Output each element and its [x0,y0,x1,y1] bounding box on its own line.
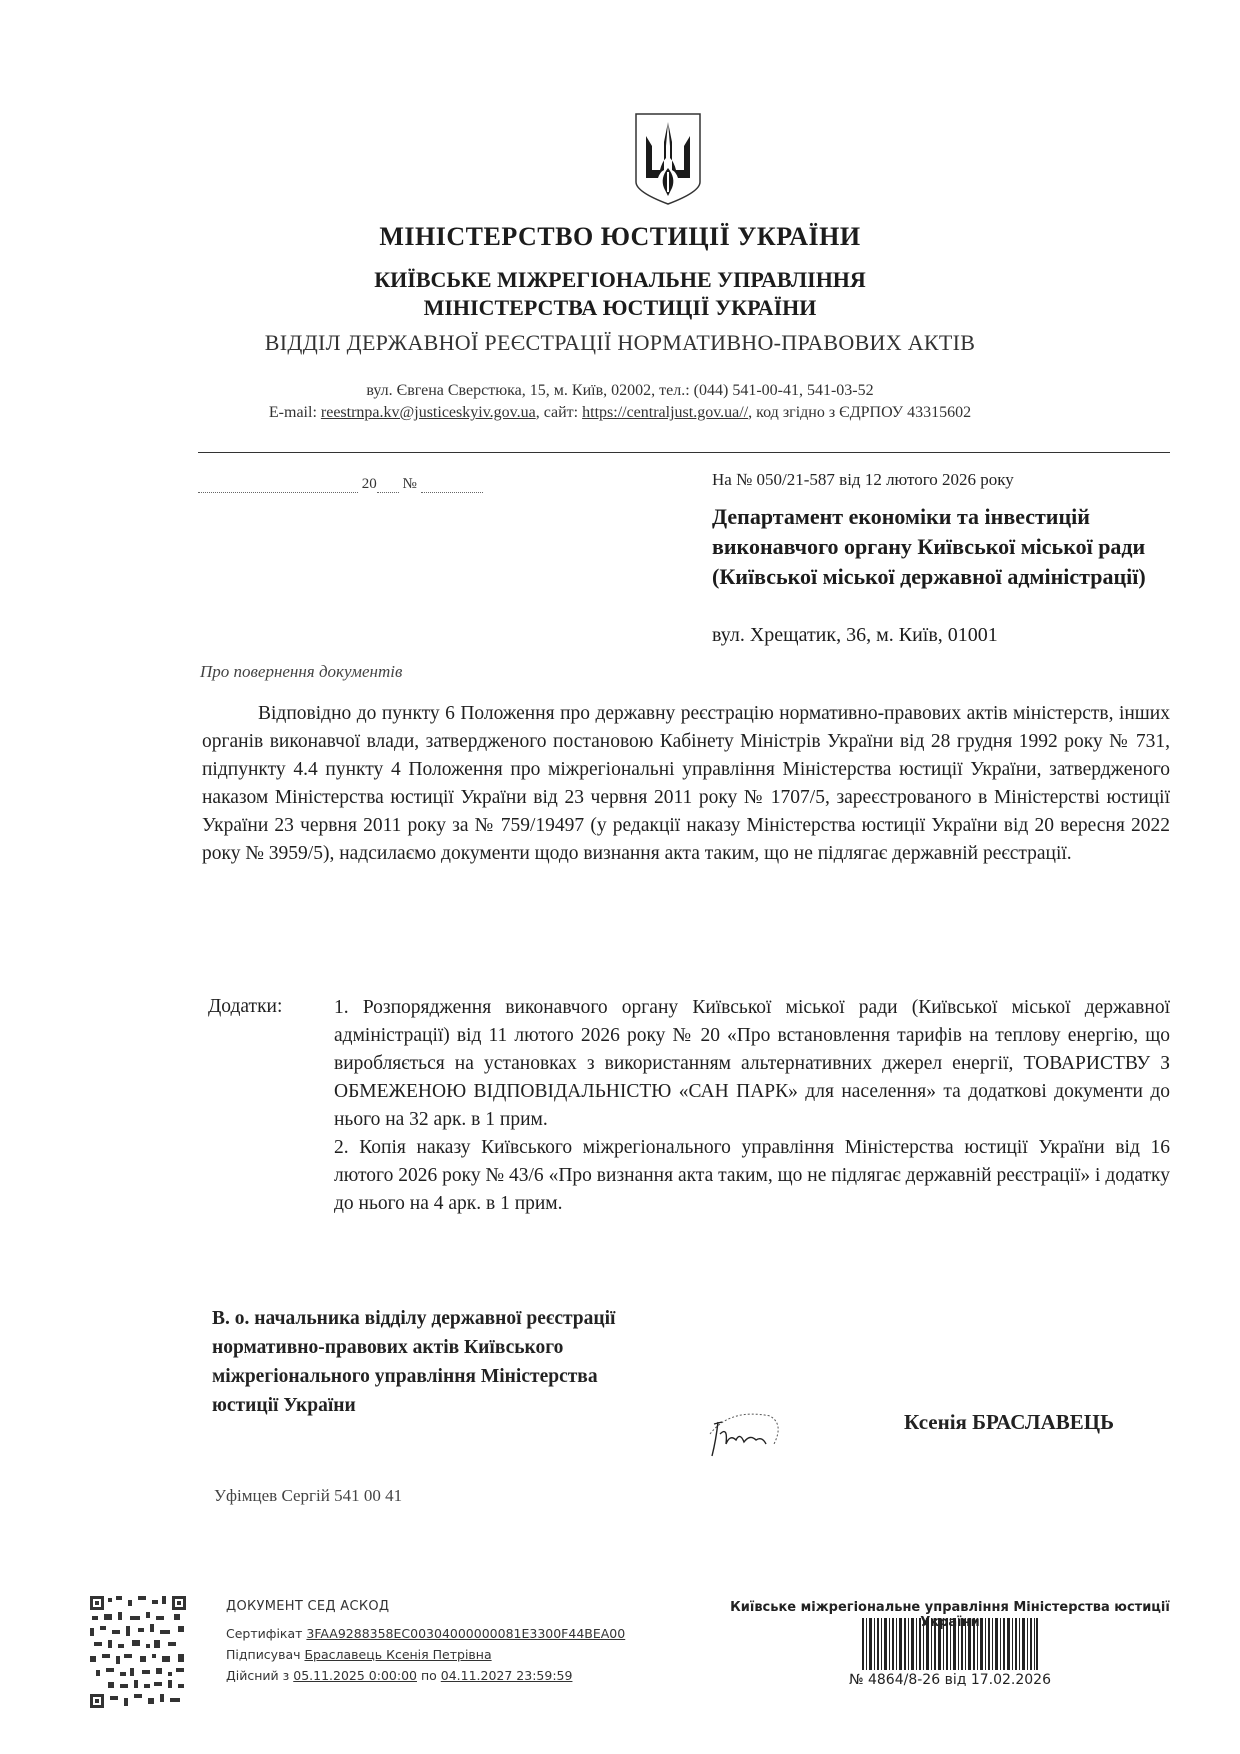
attachments-list: 1. Розпорядження виконавчого органу Київ… [334,994,1170,1218]
year-blank [377,492,399,493]
year-prefix: 20 [362,476,377,492]
tryzub-coat-of-arms-icon [634,112,702,206]
eds-title: ДОКУМЕНТ СЕД АСКОД [226,1596,625,1617]
addressee-street: вул. Хрещатик, 36, м. Київ, 01001 [712,624,998,647]
site-link[interactable]: https://centraljust.gov.ua// [582,404,748,421]
header-divider [198,452,1170,453]
qr-code-icon [88,1594,188,1710]
number-blank [421,492,483,493]
signer-label: Підписувач [226,1647,304,1662]
valid-label: Дійсний з [226,1668,293,1683]
regional-office-line-1: КИЇВСЬКЕ МІЖРЕГІОНАЛЬНЕ УПРАВЛІННЯ [0,266,1240,294]
valid-mid: по [417,1668,441,1683]
cert-label: Сертифікат [226,1626,306,1641]
eds-validity-row: Дійсний з 05.11.2025 0:00:00 по 04.11.20… [226,1665,625,1686]
signatory-name: Ксенія БРАСЛАВЕЦЬ [904,1410,1114,1435]
site-label: , сайт: [536,404,582,421]
department-title: ВІДДІЛ ДЕРЖАВНОЇ РЕЄСТРАЦІЇ НОРМАТИВНО-П… [0,330,1240,356]
attachments-label: Додатки: [208,996,282,1018]
edrpou-code: , код згідно з ЄДРПОУ 43315602 [748,404,971,421]
eds-certificate-row: Сертифікат 3FAA9288358EC00304000000081E3… [226,1623,625,1644]
address-line: вул. Євгена Сверстюка, 15, м. Київ, 0200… [0,380,1240,402]
email-label: E-mail: [269,404,321,421]
valid-to: 04.11.2027 23:59:59 [441,1668,573,1683]
email-link[interactable]: reestrnpa.kv@justiceskyiv.gov.ua [321,404,536,421]
letter-body: Відповідно до пункту 6 Положення про дер… [202,700,1170,868]
ministry-title: МІНІСТЕРСТВО ЮСТИЦІЇ УКРАЇНИ [0,222,1240,252]
barcode-icon [862,1618,1038,1670]
outgoing-date-number-line: 20 № [198,476,483,493]
letter-subject: Про повернення документів [200,662,402,682]
number-sign: № [403,476,417,492]
contacts-block: вул. Євгена Сверстюка, 15, м. Київ, 0200… [0,380,1240,424]
in-reply-reference: На № 050/21-587 від 12 лютого 2026 року [712,470,1014,490]
attachment-item: 1. Розпорядження виконавчого органу Київ… [334,994,1170,1134]
signatory-position: В. о. начальника відділу державної реєст… [212,1304,632,1420]
handwritten-signature-icon [700,1404,786,1464]
eds-signer-row: Підписувач Браславець Ксенія Петрівна [226,1644,625,1665]
signer-value: Браславець Ксенія Петрівна [304,1647,491,1662]
cert-value: 3FAA9288358EC00304000000081E3300F44BEA00 [306,1626,625,1641]
executor-contact: Уфімцев Сергій 541 00 41 [214,1486,402,1506]
regional-office-title: КИЇВСЬКЕ МІЖРЕГІОНАЛЬНЕ УПРАВЛІННЯ МІНІС… [0,266,1240,322]
regional-office-line-2: МІНІСТЕРСТВА ЮСТИЦІЇ УКРАЇНИ [0,294,1240,322]
email-site-line: E-mail: reestrnpa.kv@justiceskyiv.gov.ua… [0,402,1240,424]
date-blank [198,492,358,493]
electronic-signature-block: ДОКУМЕНТ СЕД АСКОД Сертифікат 3FAA928835… [226,1596,625,1686]
valid-from: 05.11.2025 0:00:00 [293,1668,417,1683]
stamp-registration-number: № 4864/8-26 від 17.02.2026 [700,1672,1200,1688]
addressee-name: Департамент економіки та інвестицій вико… [712,502,1172,592]
attachment-item: 2. Копія наказу Київського міжрегіональн… [334,1134,1170,1218]
